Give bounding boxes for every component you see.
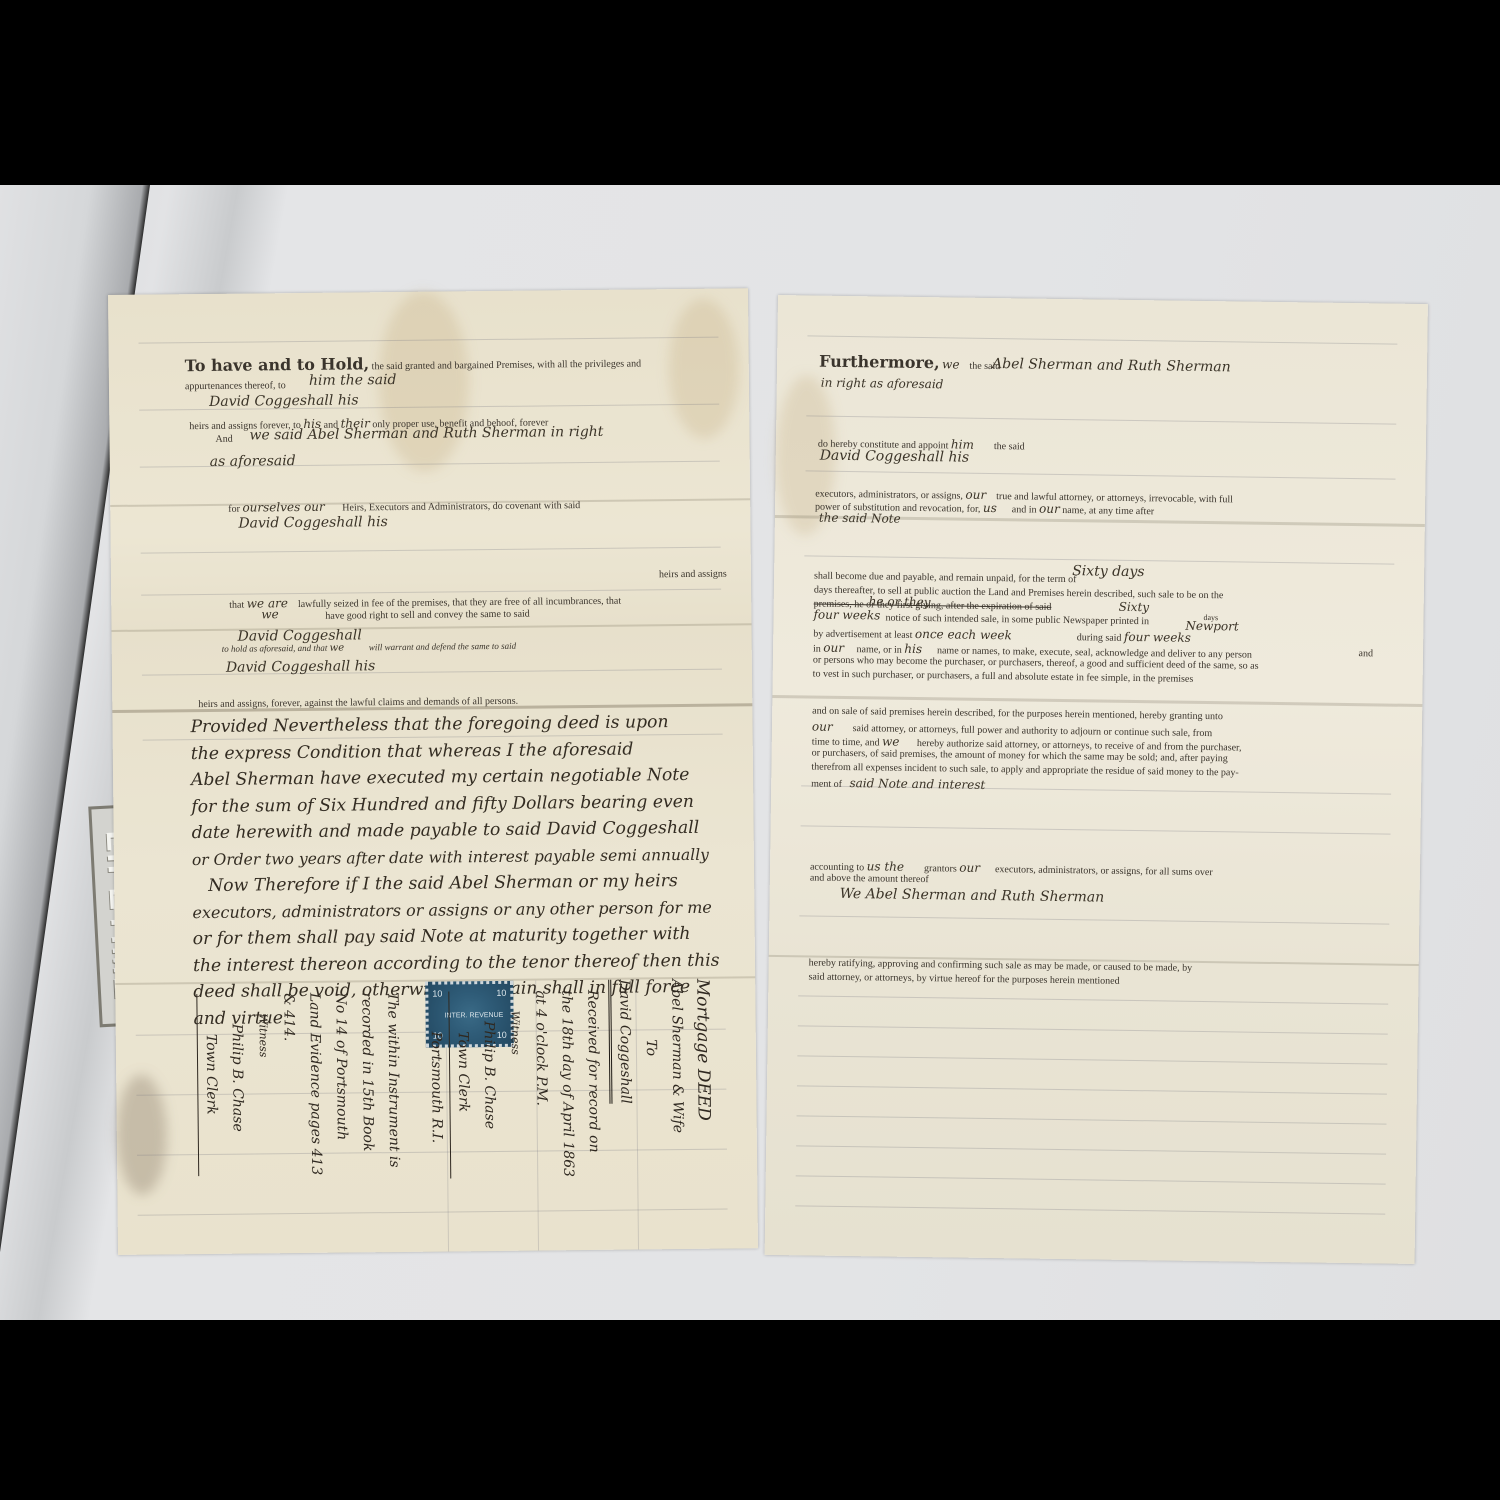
covenant-line-4: that we are lawfully seized in fee of th…: [229, 593, 621, 611]
water-stain: [668, 298, 739, 439]
accounting-line-2: and above the amount thereof: [810, 873, 929, 886]
endorsement-col-3: The within Instrument is recorded in 15t…: [196, 992, 407, 1177]
endorsement-col-1: Mortgage DEED Abel Sherman & Wife To Dav…: [608, 979, 717, 1134]
handwriting: four weeks: [813, 608, 880, 623]
handwriting: David Coggeshall his: [238, 514, 388, 532]
habendum-line-2: appurtenances thereof, to: [185, 380, 286, 392]
handwriting: we: [261, 607, 279, 621]
handwriting: We Abel Sherman and Ruth Sherman: [840, 886, 1105, 906]
habendum-line-1: To have and to Hold, the said granted an…: [185, 351, 642, 375]
handwriting: he or they: [869, 594, 931, 609]
proceeds-line-6: ment of said Note and interest: [811, 776, 985, 792]
right-page: Furthermore, we the said Abel Sherman an…: [765, 295, 1428, 1264]
handwriting: David Coggeshall his: [209, 392, 359, 410]
covenant-line-5: have good right to sell and convey the s…: [325, 609, 530, 622]
sale-line-1: shall become due and payable, and remain…: [814, 571, 1077, 586]
habendum-line-5: And: [215, 434, 232, 445]
handwriting: as aforesaid: [210, 453, 296, 470]
handwriting: in right as aforesaid: [821, 376, 944, 392]
endorsement-col-2: Received for record on the 18th day of A…: [422, 990, 607, 1179]
handwriting: Newport: [1185, 619, 1239, 634]
handwriting: him the said: [309, 372, 397, 389]
handwriting: Sixty days: [1072, 563, 1145, 580]
handwriting: Abel Sherman and Ruth Sherman: [992, 356, 1231, 375]
furthermore-line-1: Furthermore, we the said: [819, 352, 1001, 374]
handwriting: the said Note: [819, 511, 901, 526]
handwriting: Sixty: [1119, 600, 1150, 614]
covenant-line-1: for ourselves our Heirs, Executors and A…: [228, 497, 580, 515]
dirt-mark: [116, 1074, 167, 1195]
handwriting: we said Abel Sherman and Ruth Sherman in…: [249, 424, 603, 444]
covenant-line-3: heirs and assigns: [659, 569, 727, 581]
handwriting: David Coggeshall his: [226, 658, 376, 676]
left-page: To have and to Hold, the said granted an…: [108, 288, 758, 1255]
ratify-line-2: said attorney, or attorneys, by virtue h…: [808, 971, 1119, 986]
sale-line-8: to vest in such purchaser, or purchasers…: [813, 669, 1194, 685]
sale-line-4: notice of such intended sale, in some pu…: [885, 613, 1149, 628]
handwriting: David Coggeshall his: [820, 448, 970, 466]
warranty-line-1: to hold as aforesaid, and that we will w…: [222, 641, 517, 655]
fold-line: [772, 695, 1422, 707]
fold-line: [112, 623, 752, 632]
